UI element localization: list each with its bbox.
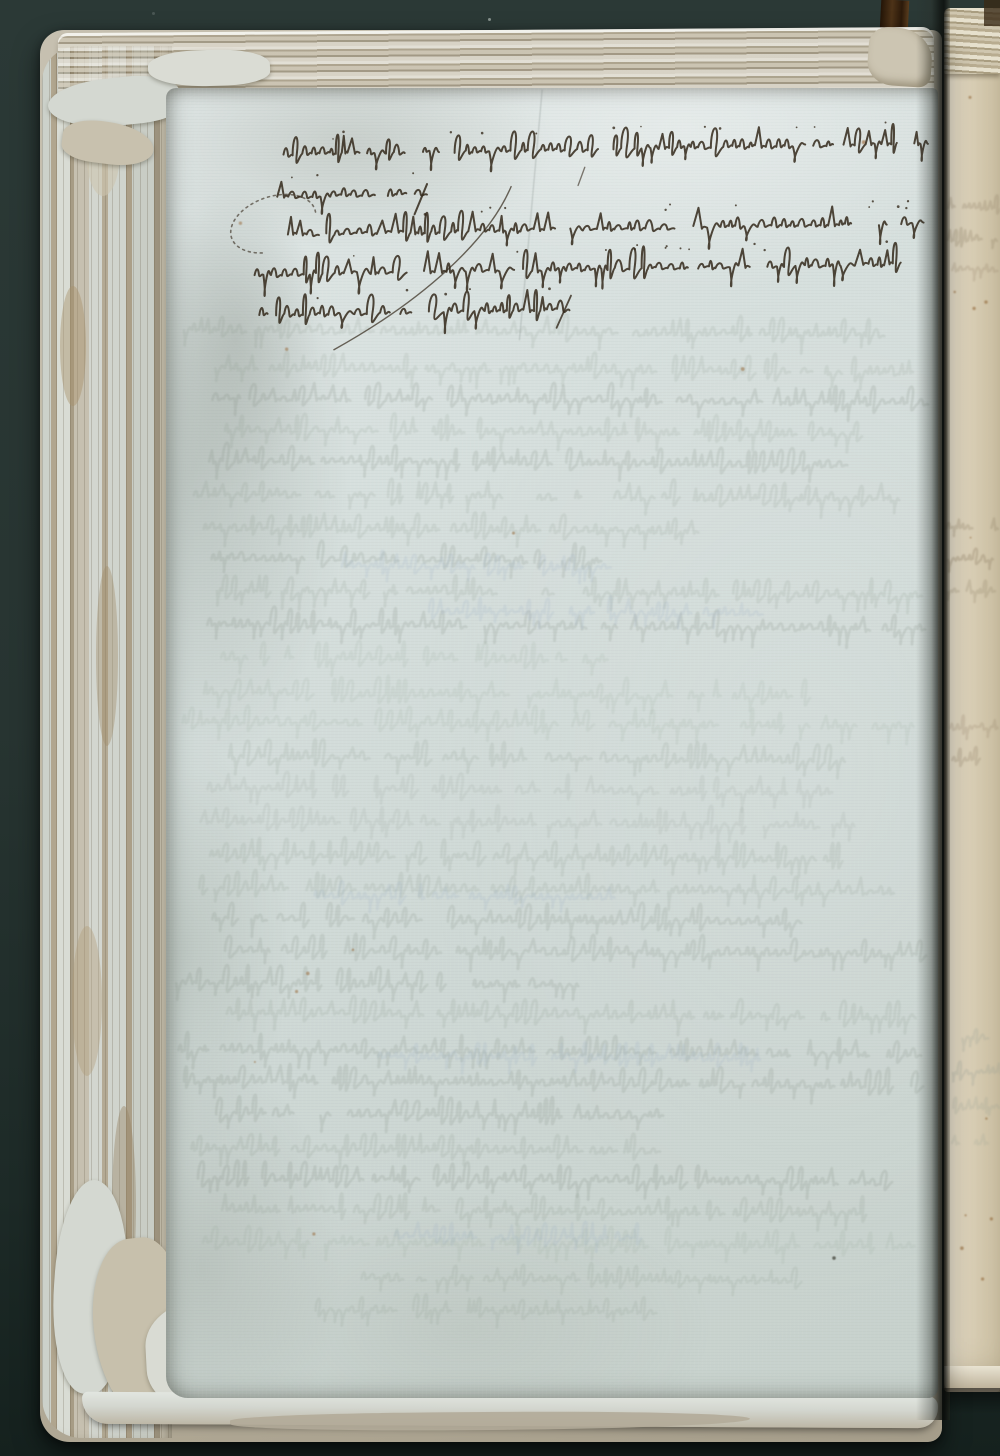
page-corner-tab — [147, 48, 270, 88]
page-surface — [166, 88, 938, 1398]
right-page-bleedthrough-layer — [944, 8, 1000, 1392]
right-page-block — [944, 8, 1000, 1392]
binding-spine-fragment — [984, 0, 1000, 26]
dust-speck — [488, 18, 491, 21]
manuscript-photo: der feindt hat bis dato khain lärmen H. … — [0, 0, 1000, 1456]
dust-speck — [152, 12, 155, 15]
stain-layer — [166, 88, 938, 1398]
gutter-shadow — [916, 0, 950, 1420]
